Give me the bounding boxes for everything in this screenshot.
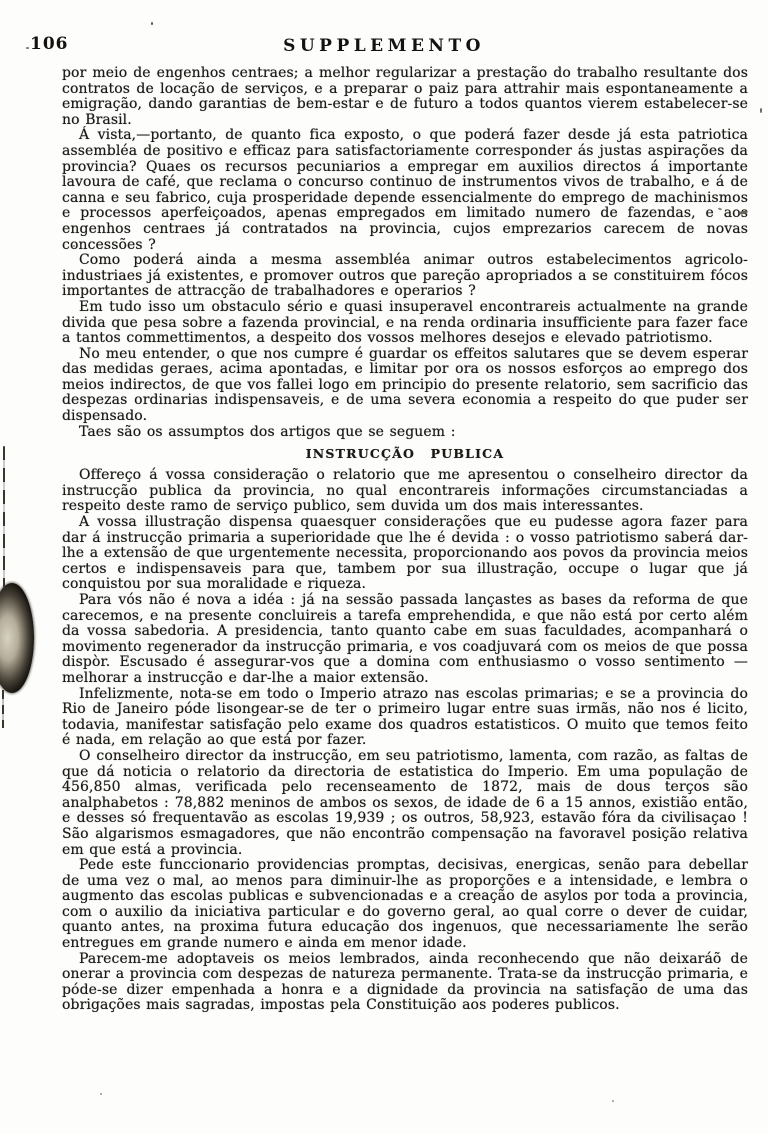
- paragraph: A vossa illustração dispensa quaesquer c…: [62, 515, 748, 593]
- paragraph: O conselheiro director da instrucção, em…: [62, 749, 748, 858]
- scan-speck-artifact: [100, 1093, 102, 1095]
- scanned-document-page: 106 SUPPLEMENTO por meio de engenhos cen…: [0, 0, 768, 1134]
- scan-speck-artifact: [151, 22, 153, 25]
- scan-line-artifact: [2, 690, 4, 728]
- ink-blob-artifact: [0, 583, 34, 693]
- running-header: SUPPLEMENTO: [0, 36, 768, 56]
- paragraph: Em tudo isso um obstaculo sério e quasi …: [62, 300, 748, 347]
- paragraph: Taes são os assumptos dos artigos que se…: [62, 425, 748, 441]
- scan-line-artifact: [3, 446, 5, 588]
- body-text-column: por meio de engenhos centraes; a melhor …: [62, 66, 748, 1014]
- scan-speck-artifact: [760, 108, 762, 113]
- paragraph: Parecem-me adoptaveis os meios lembrados…: [62, 952, 748, 1014]
- paragraph: Á vista,—portanto, de quanto fica expost…: [62, 128, 748, 253]
- section-heading: INSTRUCÇÃO PUBLICA: [62, 446, 748, 461]
- paragraph: Para vós não é nova a idéa : já na sessã…: [62, 593, 748, 687]
- scan-speck-artifact: [26, 47, 29, 49]
- paragraph: Offereço á vossa consideração o relatori…: [62, 468, 748, 515]
- paragraph: Infelizmente, nota-se em todo o Imperio …: [62, 687, 748, 749]
- paragraph: Pede este funccionario providencias prom…: [62, 858, 748, 952]
- scan-speck-artifact: [612, 1100, 614, 1102]
- paragraph: Como poderá ainda a mesma assembléa anim…: [62, 253, 748, 300]
- paragraph: por meio de engenhos centraes; a melhor …: [62, 66, 748, 128]
- scan-speck-artifact: [73, 245, 75, 247]
- paragraph: No meu entender, o que nos cumpre é guar…: [62, 347, 748, 425]
